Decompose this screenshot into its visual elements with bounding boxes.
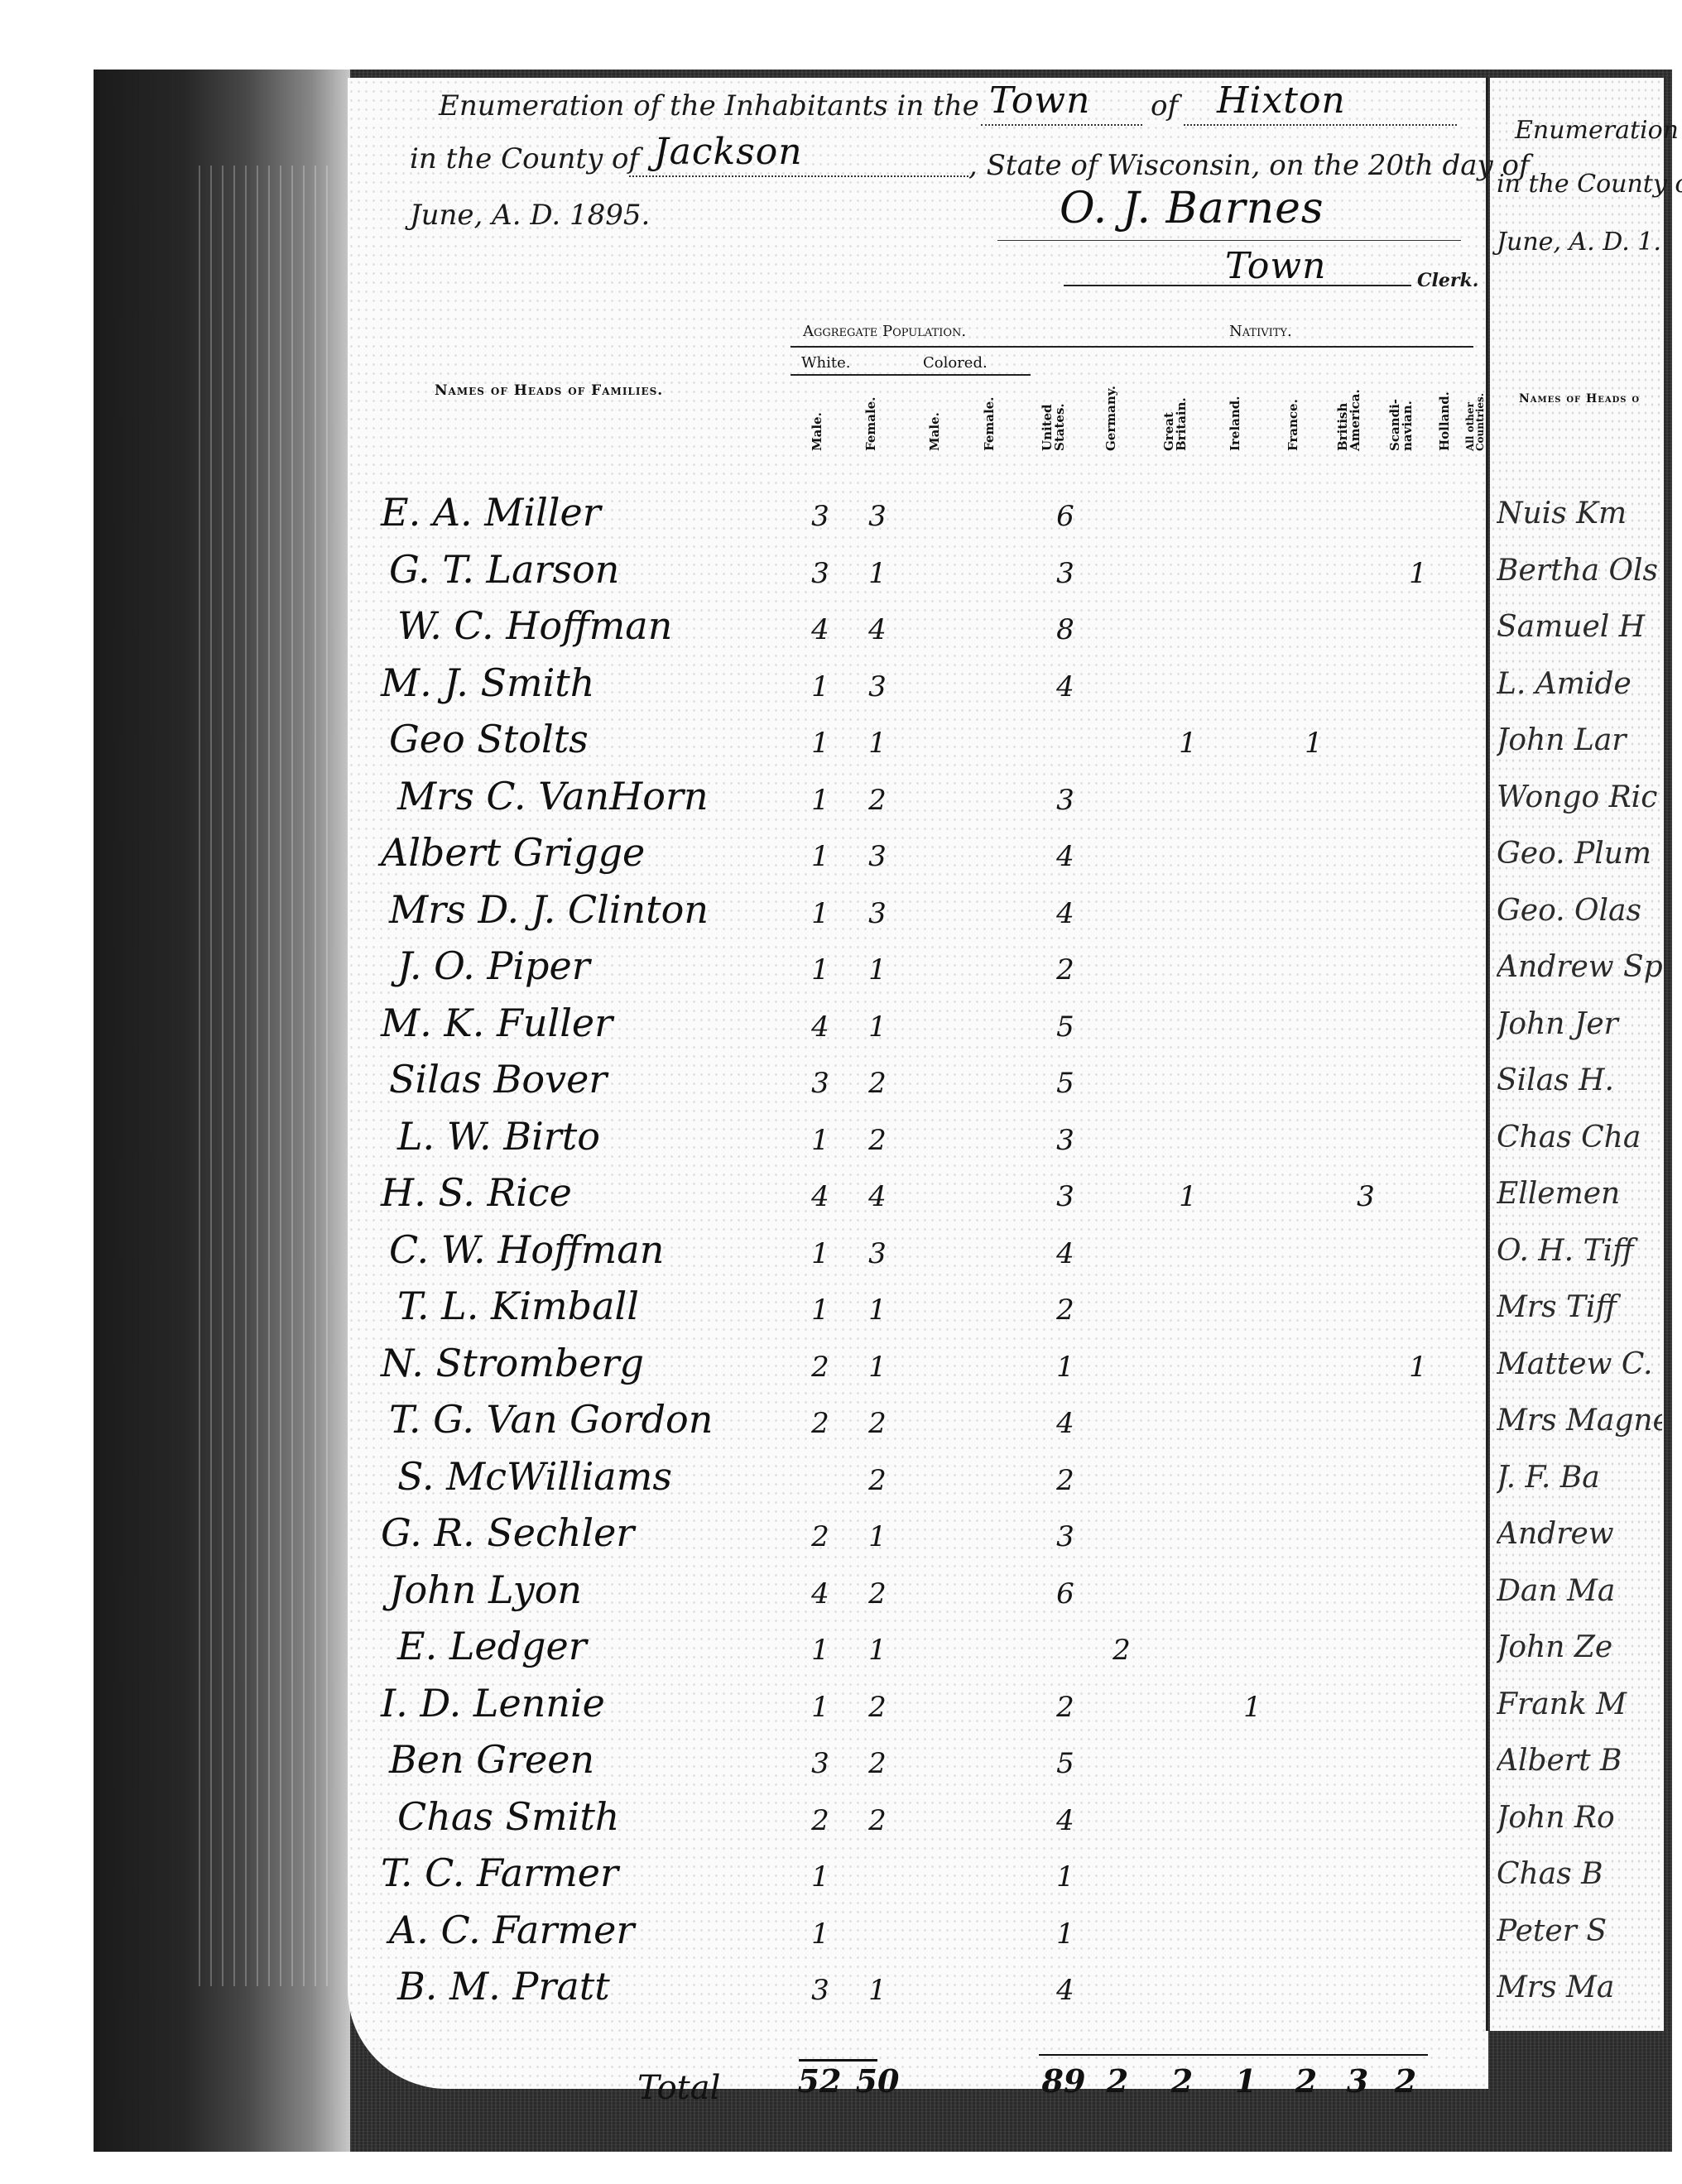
cell-us: 3 <box>1045 1180 1086 1213</box>
cell-great-britain: 1 <box>1167 727 1209 760</box>
cell-white-male: 2 <box>800 1520 841 1553</box>
cell-us: 6 <box>1045 1577 1086 1610</box>
head-of-family-name: Albert Grigge <box>381 830 645 875</box>
cell-us: 8 <box>1045 613 1086 646</box>
cell-white-male: 4 <box>800 1577 841 1610</box>
head-of-family-name: B. M. Pratt <box>397 1964 610 2009</box>
head-of-family-name: Mrs D. J. Clinton <box>389 887 709 932</box>
head-of-family-name: John Lyon <box>389 1567 582 1612</box>
cell-white-male: 4 <box>800 1010 841 1044</box>
cell-us: 5 <box>1045 1747 1086 1780</box>
cell-white-female: 3 <box>857 1237 898 1270</box>
cell-white-male: 1 <box>800 1918 841 1951</box>
title-printed-prefix: Enumeration of the Inhabitants in the <box>439 89 979 122</box>
cell-white-female: 2 <box>857 1407 898 1440</box>
cell-white-female: 2 <box>857 1691 898 1724</box>
adjacent-name-fragment: Frank M <box>1497 1687 1662 1721</box>
adjacent-name-fragment: Mattew C. <box>1497 1347 1662 1381</box>
head-of-family-name: Geo Stolts <box>389 717 589 761</box>
adjacent-name-fragment: Mrs Tiff <box>1497 1290 1662 1324</box>
adjacent-name-fragment: Ellemen <box>1497 1177 1662 1211</box>
header-rule <box>791 346 1473 348</box>
total-rule-nativity <box>1039 2054 1428 2056</box>
binding-texture <box>199 166 331 1986</box>
county-printed-prefix: in the County of <box>410 142 639 175</box>
head-of-family-name: J. O. Piper <box>397 943 590 988</box>
cell-white-male: 1 <box>800 670 841 703</box>
cell-great-britain: 1 <box>1167 1180 1209 1213</box>
cell-us: 4 <box>1045 1237 1086 1270</box>
cell-us: 4 <box>1045 897 1086 930</box>
census-date: June, A. D. 1895. <box>410 199 650 232</box>
cell-white-male: 1 <box>800 897 841 930</box>
cell-white-male: 2 <box>800 1351 841 1384</box>
cell-white-female: 1 <box>857 1974 898 2007</box>
cell-us: 6 <box>1045 500 1086 533</box>
clerk-signature: O. J. Barnes <box>1060 184 1324 233</box>
total-france: 2 <box>1281 2062 1331 2100</box>
adjacent-name-fragment: John Jer <box>1497 1007 1662 1041</box>
col-all-other: All other Countries. <box>1465 393 1485 451</box>
cell-us: 4 <box>1045 1804 1086 1837</box>
adjacent-name-fragment: Chas Cha <box>1497 1121 1662 1154</box>
col-holland: Holland. <box>1439 391 1451 451</box>
state-printed-text: , State of Wisconsin, on the 20th day of <box>968 149 1530 182</box>
col-germany: Germany. <box>1105 386 1117 451</box>
adjacent-name-fragment: Mrs Magne <box>1497 1404 1662 1438</box>
head-of-family-name: G. R. Sechler <box>381 1510 634 1555</box>
cell-us: 4 <box>1045 670 1086 703</box>
adjacent-name-fragment: O. H. Tiff <box>1497 1234 1662 1268</box>
cell-us: 2 <box>1045 1691 1086 1724</box>
cell-white-female: 1 <box>857 557 898 590</box>
cell-white-female: 2 <box>857 1067 898 1100</box>
adjacent-name-fragment: Dan Ma <box>1497 1574 1662 1608</box>
head-of-family-name: E. Ledger <box>397 1624 587 1668</box>
cell-white-male: 1 <box>800 840 841 873</box>
cell-white-male: 1 <box>800 1294 841 1327</box>
cell-white-female: 1 <box>857 1634 898 1667</box>
head-of-family-name: M. K. Fuller <box>381 1001 613 1045</box>
cell-ireland: 1 <box>1232 1691 1273 1724</box>
cell-white-male: 1 <box>800 1860 841 1894</box>
aggregate-population-header: Aggregate Population. <box>803 323 966 340</box>
cell-white-female: 1 <box>857 1520 898 1553</box>
cell-white-male: 1 <box>800 1124 841 1157</box>
head-of-family-name: T. L. Kimball <box>397 1284 639 1328</box>
cell-us: 2 <box>1045 953 1086 986</box>
cell-us: 5 <box>1045 1010 1086 1044</box>
cell-us: 3 <box>1045 784 1086 817</box>
col-united-states: United States. <box>1041 403 1066 451</box>
head-of-family-name: I. D. Lennie <box>381 1681 605 1726</box>
subheader-rule <box>791 374 1031 376</box>
cell-white-female: 1 <box>857 1351 898 1384</box>
adjacent-name-fragment: Chas B <box>1497 1857 1662 1891</box>
col-white-female: Female. <box>865 397 877 451</box>
signature-line <box>997 240 1461 241</box>
adjacent-name-fragment: Nuis Km <box>1497 497 1662 530</box>
col-colored-female: Female. <box>983 397 996 451</box>
head-of-family-name: Mrs C. VanHorn <box>397 774 709 818</box>
adjacent-name-fragment: John Ro <box>1497 1801 1662 1835</box>
fill-line <box>629 175 968 177</box>
head-of-family-name: E. A. Miller <box>381 490 601 535</box>
adjacent-name-fragment: Wongo Ric <box>1497 780 1662 814</box>
total-white-male: 52 <box>795 2062 844 2100</box>
cell-white-female: 2 <box>857 1747 898 1780</box>
cell-us: 2 <box>1045 1464 1086 1497</box>
cell-scandinavian: 1 <box>1397 1351 1439 1384</box>
col-great-britain: Great Britain. <box>1163 397 1188 451</box>
cell-white-female: 4 <box>857 1180 898 1213</box>
adjacent-name-fragment: Geo. Plum <box>1497 837 1662 871</box>
adjacent-name-fragment: Bertha Ols <box>1497 554 1662 588</box>
adjacent-name-fragment: Geo. Olas <box>1497 894 1662 928</box>
col-scandinavian: Scandi- navian. <box>1389 399 1414 451</box>
nativity-header: Nativity. <box>1229 323 1292 340</box>
head-of-family-name: Silas Bover <box>389 1057 607 1102</box>
total-united-states: 89 <box>1039 2062 1088 2100</box>
adjacent-name-fragment: Silas H. <box>1497 1063 1662 1097</box>
adjacent-name-fragment: John Ze <box>1497 1630 1662 1664</box>
cell-white-male: 1 <box>800 1634 841 1667</box>
fill-line <box>1184 124 1457 126</box>
municipality-name: Hixton <box>1217 79 1346 122</box>
adjacent-title-fragment: Enumeration <box>1515 116 1679 145</box>
adjacent-name-fragment: Andrew Sp <box>1497 950 1662 984</box>
adjacent-name-fragment: Samuel H <box>1497 610 1662 644</box>
head-of-family-name: Chas Smith <box>397 1794 619 1839</box>
county-name: Jackson <box>654 131 803 173</box>
total-british-america: 3 <box>1333 2062 1382 2100</box>
cell-white-male: 4 <box>800 1180 841 1213</box>
adjacent-name-fragment: Andrew <box>1497 1517 1662 1551</box>
total-ireland: 1 <box>1221 2062 1271 2100</box>
adjacent-census-page <box>1490 78 1664 2031</box>
cell-white-male: 3 <box>800 1067 841 1100</box>
cell-white-male: 3 <box>800 500 841 533</box>
adjacent-name-fragment: Mrs Ma <box>1497 1970 1662 2004</box>
cell-white-female: 1 <box>857 1294 898 1327</box>
cell-white-male: 2 <box>800 1407 841 1440</box>
cell-white-female: 2 <box>857 1804 898 1837</box>
cell-white-female: 1 <box>857 1010 898 1044</box>
cell-white-male: 1 <box>800 784 841 817</box>
head-of-family-name: C. W. Hoffman <box>389 1227 664 1272</box>
colored-header: Colored. <box>923 354 988 372</box>
municipality-type: Town <box>989 79 1090 122</box>
cell-us: 4 <box>1045 1407 1086 1440</box>
total-rule-white <box>799 2059 877 2062</box>
cell-us: 4 <box>1045 840 1086 873</box>
head-of-family-name: H. S. Rice <box>381 1170 572 1215</box>
head-of-family-name: T. G. Van Gordon <box>389 1397 713 1442</box>
cell-white-female: 2 <box>857 1464 898 1497</box>
head-of-family-name: N. Stromberg <box>381 1341 644 1385</box>
adjacent-name-fragment: Peter S <box>1497 1914 1662 1948</box>
col-ireland: Ireland. <box>1229 396 1242 452</box>
cell-france: 1 <box>1293 727 1334 760</box>
clerk-label: Clerk. <box>1417 270 1478 291</box>
cell-white-female: 2 <box>857 1124 898 1157</box>
adjacent-names-header: Names of Heads o <box>1519 392 1640 406</box>
cell-us: 3 <box>1045 557 1086 590</box>
total-great-britain: 2 <box>1157 2062 1207 2100</box>
adjacent-name-fragment: L. Amide <box>1497 667 1662 701</box>
total-scandinavian: 2 <box>1381 2062 1430 2100</box>
cell-white-male: 1 <box>800 953 841 986</box>
cell-white-female: 4 <box>857 613 898 646</box>
adjacent-name-fragment: John Lar <box>1497 723 1662 757</box>
cell-white-female: 3 <box>857 670 898 703</box>
adjacent-county-fragment: in the County o <box>1497 170 1682 199</box>
col-british-america: British America. <box>1337 389 1362 451</box>
cell-us: 1 <box>1045 1351 1086 1384</box>
fill-line <box>981 124 1142 126</box>
cell-white-female: 3 <box>857 500 898 533</box>
cell-white-male: 1 <box>800 1691 841 1724</box>
adjacent-name-fragment: J. F. Ba <box>1497 1461 1662 1495</box>
cell-white-female: 1 <box>857 953 898 986</box>
cell-scandinavian: 1 <box>1397 557 1439 590</box>
page-divider <box>1486 78 1488 2031</box>
head-of-family-name: M. J. Smith <box>381 660 594 705</box>
cell-white-male: 3 <box>800 1747 841 1780</box>
cell-us: 5 <box>1045 1067 1086 1100</box>
cell-white-female: 3 <box>857 840 898 873</box>
head-of-family-name: S. McWilliams <box>397 1454 672 1499</box>
head-of-family-name: A. C. Farmer <box>389 1908 634 1952</box>
clerk-type: Town <box>1225 245 1326 287</box>
cell-white-male: 1 <box>800 1237 841 1270</box>
total-germany: 2 <box>1093 2062 1142 2100</box>
total-label: Total <box>637 2069 720 2107</box>
head-of-family-name: W. C. Hoffman <box>397 603 672 648</box>
cell-us: 1 <box>1045 1860 1086 1894</box>
cell-us: 1 <box>1045 1918 1086 1951</box>
head-of-family-name: Ben Green <box>389 1737 594 1782</box>
cell-us: 2 <box>1045 1294 1086 1327</box>
cell-british-america: 3 <box>1345 1180 1386 1213</box>
adjacent-name-fragment: Albert B <box>1497 1744 1662 1778</box>
names-column-header: Names of Heads of Families. <box>435 382 663 399</box>
cell-white-female: 2 <box>857 1577 898 1610</box>
cell-white-male: 2 <box>800 1804 841 1837</box>
cell-germany: 2 <box>1101 1634 1142 1667</box>
cell-white-male: 3 <box>800 1974 841 2007</box>
col-colored-male: Male. <box>929 412 941 451</box>
cell-white-female: 1 <box>857 727 898 760</box>
title-of: of <box>1151 89 1178 122</box>
col-white-male: Male. <box>811 412 824 451</box>
cell-white-female: 2 <box>857 784 898 817</box>
cell-us: 3 <box>1045 1124 1086 1157</box>
cell-us: 4 <box>1045 1974 1086 2007</box>
clerk-line <box>1064 285 1411 286</box>
head-of-family-name: L. W. Birto <box>397 1114 600 1159</box>
cell-white-female: 3 <box>857 897 898 930</box>
col-france: France. <box>1287 399 1300 451</box>
adjacent-date-fragment: June, A. D. 1. <box>1497 228 1661 257</box>
white-header: White. <box>801 354 850 372</box>
cell-white-male: 3 <box>800 557 841 590</box>
cell-us: 3 <box>1045 1520 1086 1553</box>
head-of-family-name: G. T. Larson <box>389 547 619 592</box>
cell-white-male: 4 <box>800 613 841 646</box>
head-of-family-name: T. C. Farmer <box>381 1850 618 1895</box>
total-white-female: 50 <box>853 2062 902 2100</box>
cell-white-male: 1 <box>800 727 841 760</box>
